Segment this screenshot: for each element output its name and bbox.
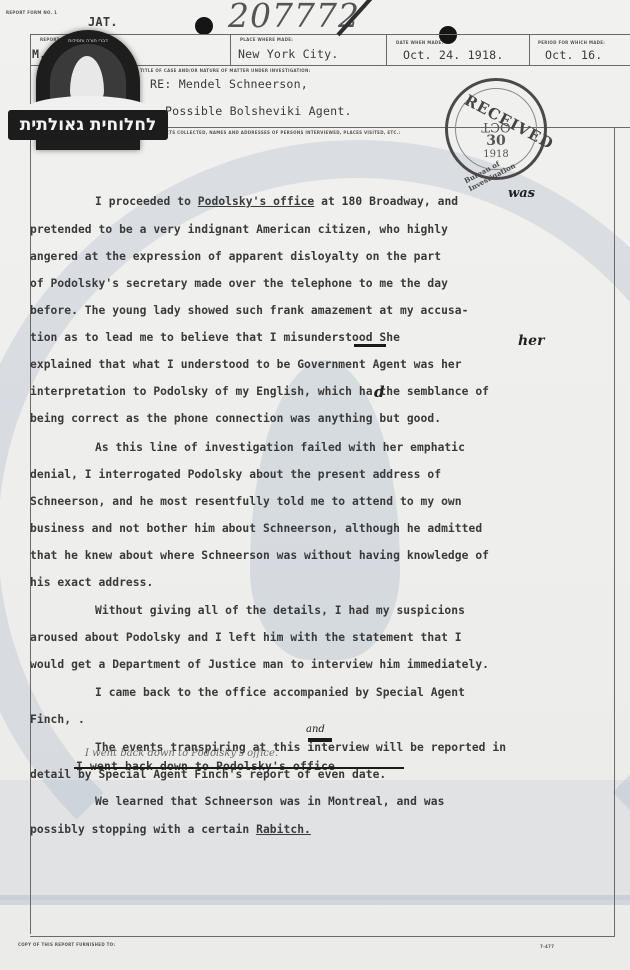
- handwritten-her: her: [518, 333, 544, 349]
- form-line: [386, 34, 387, 65]
- underlined-name: Rabitch.: [256, 823, 311, 836]
- body-line: I proceeded to Podolsky's office at 180 …: [95, 195, 458, 208]
- copy-furnished-label: Copy of this report furnished to:: [18, 942, 115, 947]
- body-line: denial, I interrogated Podolsky about th…: [30, 468, 441, 481]
- handwritten-and: and: [306, 724, 325, 735]
- form-code: 7-477: [540, 944, 554, 949]
- strikeout-have: [354, 344, 386, 347]
- form-label: Report Form No. 1: [6, 10, 57, 15]
- body-line: business and not bother him about Schnee…: [30, 522, 482, 535]
- strikeout-line: [74, 767, 404, 769]
- body-line: angered at the expression of apparent di…: [30, 250, 441, 263]
- body-line: interpretation to Podolsky of my English…: [30, 385, 489, 398]
- punch-hole: [195, 17, 213, 35]
- body-line: pretended to be a very indignant America…: [30, 223, 448, 236]
- facts-label: Facts collected, names and addresses of …: [160, 130, 400, 135]
- form-line: [529, 34, 530, 65]
- handwritten-insert: I went back down to Podolsky's office.: [85, 748, 278, 759]
- body-line: tion as to lead me to believe that I mis…: [30, 331, 400, 344]
- form-line: [230, 34, 231, 65]
- body-line: Without giving all of the details, I had…: [95, 604, 465, 617]
- handwritten-was: was: [508, 186, 535, 201]
- body-line: Finch, .: [30, 713, 85, 726]
- body-line: possibly stopping with a certain Rabitch…: [30, 823, 311, 836]
- period-value: Oct. 16.: [545, 48, 602, 62]
- footer-line: [30, 936, 614, 937]
- body-line: of Podolsky's secretary made over the te…: [30, 277, 448, 290]
- case-title-value: Mendel Schneerson,: [179, 77, 308, 91]
- underlined-name: Podolsky's office: [198, 195, 314, 208]
- body-line: explained that what I understood to be G…: [30, 358, 462, 371]
- body-line: would get a Department of Justice man to…: [30, 658, 489, 671]
- form-line: [30, 34, 31, 934]
- date-value: Oct. 24. 1918.: [403, 48, 504, 62]
- body-line: As this line of investigation failed wit…: [95, 441, 465, 454]
- body-line: Schneerson, and he most resentfully told…: [30, 495, 462, 508]
- body-line: his exact address.: [30, 576, 153, 589]
- form-line: [614, 127, 615, 937]
- place-value: New York City.: [238, 47, 339, 61]
- initials: JAT.: [88, 15, 118, 29]
- period-label: Period for which made:: [538, 40, 605, 45]
- site-logo: דברי תורה וחסידות לחלוחית גאולתית: [8, 30, 168, 142]
- logo-banner: לחלוחית גאולתית: [8, 110, 168, 140]
- case-subtitle: Possible Bolsheviki Agent.: [165, 104, 352, 118]
- logo-arc-text: דברי תורה וחסידות: [48, 38, 128, 44]
- body-line: We learned that Schneerson was in Montre…: [95, 795, 444, 808]
- body-line: aroused about Podolsky and I left him wi…: [30, 631, 462, 644]
- handwritten-had: d: [374, 383, 385, 401]
- watermark-bar: [0, 895, 630, 905]
- body-line: being correct as the phone connection wa…: [30, 412, 441, 425]
- stamp-month: OCT: [448, 119, 544, 134]
- document-page: Report Form No. 1 JAT. 207772 Report mad…: [0, 0, 630, 970]
- strikeout-and: [308, 738, 332, 742]
- body-line: before. The young lady showed such frank…: [30, 304, 468, 317]
- place-label: Place where made:: [240, 37, 293, 42]
- date-label: Date when made:: [396, 40, 443, 45]
- received-stamp: RECEIVED OCT 30 1918 Bureau of Investiga…: [445, 78, 547, 180]
- body-line: that he knew about where Schneerson was …: [30, 549, 489, 562]
- body-line: I came back to the office accompanied by…: [95, 686, 465, 699]
- case-title: RE: Mendel Schneerson,: [150, 77, 308, 91]
